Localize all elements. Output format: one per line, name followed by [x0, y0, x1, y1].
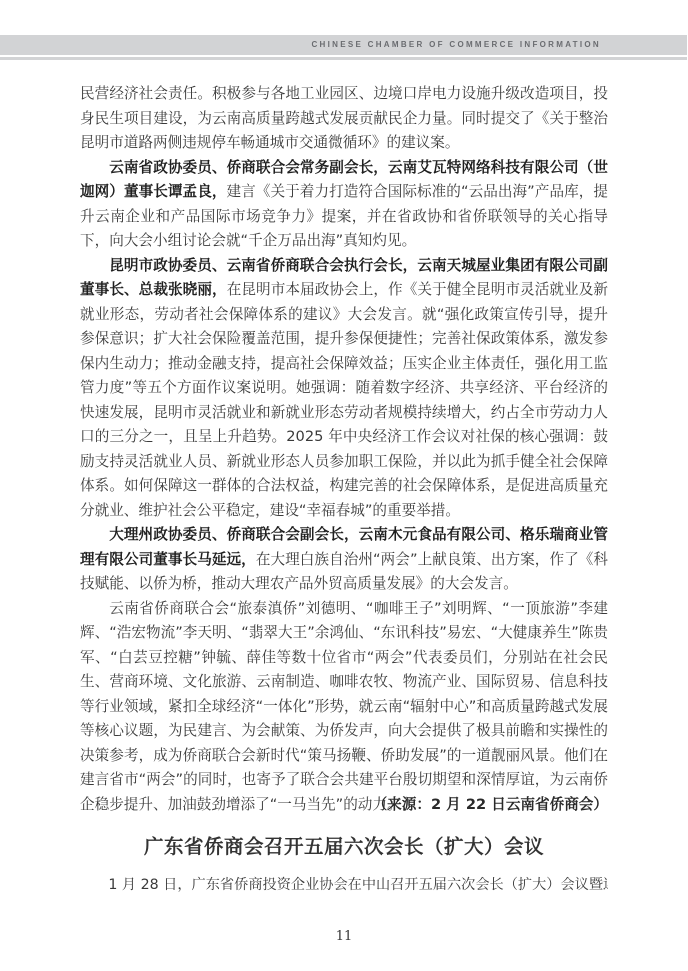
publication-name: CHINESE CHAMBER OF COMMERCE INFORMATION: [311, 40, 601, 50]
article-body: 民营经济社会责任。积极参与各地工业园区、边境口岸电力设施升级改造项目，投身民生项…: [80, 82, 608, 817]
article-lead-paragraph: 1 月 28 日，广东省侨商投资企业协会在中山召开五届六次会长（扩大）会议暨迎新: [80, 873, 608, 897]
paragraph-ma-yanyuan: 大理州政协委员、侨商联合会副会长，云南木元食品有限公司、格乐瑞商业管理有限公司董…: [80, 523, 608, 597]
paragraph-representatives: 云南省侨商联合会“旅泰滇侨”刘德明、“咖啡王子”刘明辉、“一顶旅游”李建辉、“浩…: [80, 597, 608, 818]
header-divider: [0, 57, 687, 60]
paragraph-continuation: 民营经济社会责任。积极参与各地工业园区、边境口岸电力设施升级改造项目，投身民生项…: [80, 82, 608, 156]
article-title: 广东省侨商会召开五届六次会长（扩大）会议: [0, 831, 688, 859]
running-header-band: CHINESE CHAMBER OF COMMERCE INFORMATION: [0, 35, 687, 55]
paragraph-text: 民营经济社会责任。积极参与各地工业园区、边境口岸电力设施升级改造项目，投身民生项…: [80, 85, 608, 151]
page-number: 11: [0, 929, 688, 944]
paragraph-zhang-xiaoli: 昆明市政协委员、云南省侨商联合会执行会长，云南天城屋业集团有限公司副董事长、总裁…: [80, 254, 608, 524]
paragraph-text: 在昆明市本届政协会上，作《关于健全昆明市灵活就业及新就业形态，劳动者社会保障体系…: [80, 281, 608, 519]
paragraph-text: 云南省侨商联合会“旅泰滇侨”刘德明、“咖啡王子”刘明辉、“一顶旅游”李建辉、“浩…: [80, 600, 608, 813]
paragraph-tan-mengliang: 云南省政协委员、侨商联合会常务副会长，云南艾瓦特网络科技有限公司（世迦网）董事长…: [80, 156, 608, 254]
